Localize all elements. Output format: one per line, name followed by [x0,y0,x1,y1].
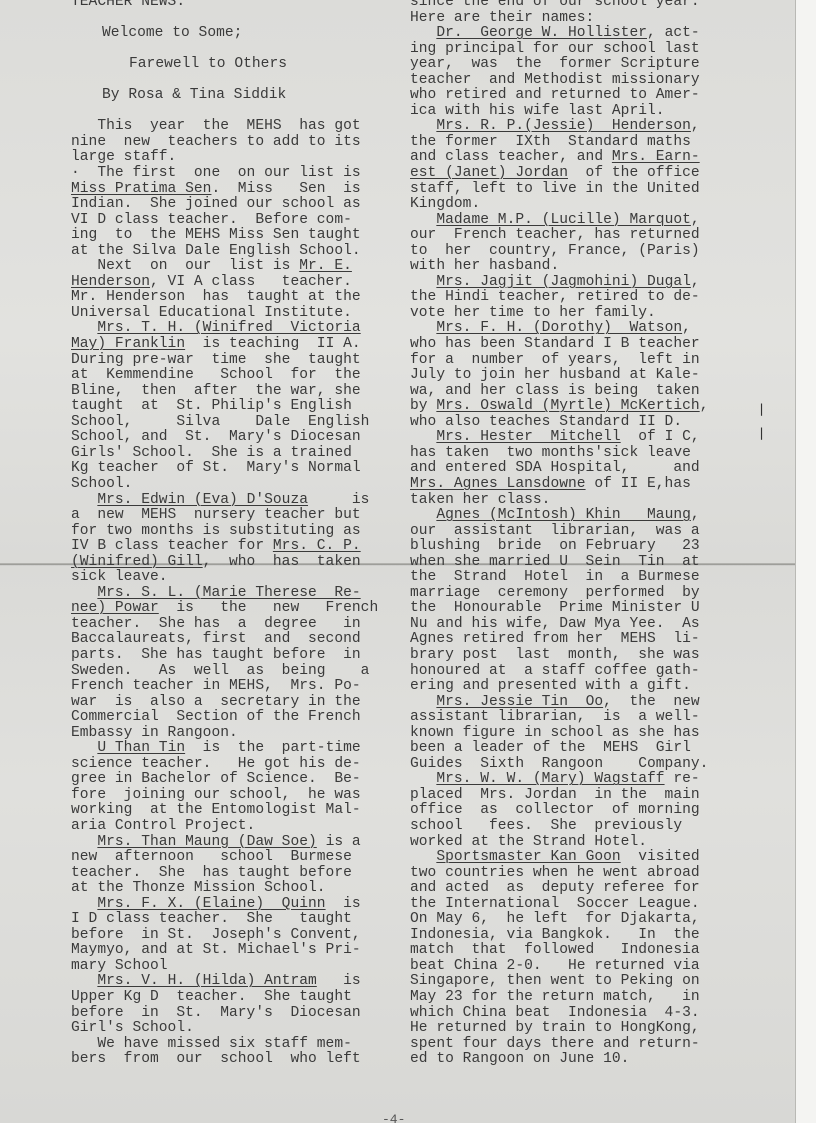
text-segment: and acted as deputy referee for [410,880,700,896]
text-line: IV B class teacher for Mrs. C. P. [71,539,393,555]
text-line: Nu and his wife, Daw Mya Yee. As [410,617,735,633]
byline: By Rosa & Tina Siddik [71,88,393,104]
text-segment: School. [71,476,132,492]
text-segment: marriage ceremony performed by [410,585,700,601]
person-name: Mrs. R. P.(Jessie) Henderson [436,118,691,134]
text-line: to her country, France, (Paris) [410,244,735,260]
text-segment: gree in Bachelor of Science. Be- [71,771,361,787]
text-segment: Embassy in Rangoon. [71,725,238,741]
text-segment: war is also a secretary in the [71,694,361,710]
text-line: the International Soccer League. [410,897,735,913]
text-segment: for two months is substituting as [71,523,361,539]
text-line: I D class teacher. She taught [71,912,393,928]
text-line: Next on our list is Mr. E. [71,259,393,275]
text-segment: at the Thonze Mission School. [71,880,326,896]
text-segment: · The first one on our list is [71,165,361,181]
text-segment: placed Mrs. Jordan in the main [410,787,700,803]
person-name: Mrs. Than Maung (Daw Soe) [97,834,316,850]
text-segment: is [317,973,361,989]
text-segment [410,507,436,523]
text-line: marriage ceremony performed by [410,586,735,602]
text-segment: , who has taken [203,554,361,570]
text-line: Henderson, VI A class teacher. [71,275,393,291]
person-name: May) Franklin [71,336,185,352]
person-name: Mrs. C. P. [273,538,361,554]
text-line: has taken two months'sick leave [410,446,735,462]
text-segment: when she married U Sein Tin at [410,554,700,570]
text-line: known figure in school as she has [410,726,735,742]
person-name: Mrs. Earn- [612,149,700,165]
text-line: at the Thonze Mission School. [71,881,393,897]
text-segment: with her hasband. [410,258,559,274]
page-number: -4- [382,1112,405,1123]
text-segment: re- [665,771,700,787]
text-segment: before in St. Joseph's Convent, [71,927,361,943]
text-line: our French teacher, has returned [410,228,735,244]
text-line: ing principal for our school last [410,42,735,58]
text-segment: During pre-war time she taught [71,352,361,368]
text-segment: Baccalaureats, first and second [71,631,361,647]
text-line: and class teacher, and Mrs. Earn- [410,150,735,166]
text-line: During pre-war time she taught [71,353,393,369]
text-line: working at the Entomologist Mal- [71,803,393,819]
text-segment: at the Silva Dale English School. [71,243,361,259]
text-segment: is the part-time [185,740,361,756]
text-line: Mrs. W. W. (Mary) Wagstaff re- [410,772,735,788]
text-segment [410,771,436,787]
text-line: This year the MEHS has got [71,119,393,135]
text-line: year, was the former Scripture [410,57,735,73]
text-line: Mrs. F. X. (Elaine) Quinn is [71,897,393,913]
person-name: Henderson [71,274,150,290]
text-segment [410,849,436,865]
text-line: School. [71,477,393,493]
text-line: for two months is substituting as [71,524,393,540]
text-segment: I D class teacher. She taught [71,911,352,927]
text-line: Commercial Section of the French [71,710,393,726]
text-line: staff, left to live in the United [410,182,735,198]
text-segment: Kingdom. [410,196,480,212]
text-line: Universal Educational Institute. [71,306,393,322]
text-line: Sweden. As well as being a [71,664,393,680]
text-segment: who retired and returned to Amer- [410,87,700,103]
text-segment: at Kemmendine School for the [71,367,361,383]
text-segment: teacher. She has taught before [71,865,352,881]
person-name: (Winifred) Gill [71,554,203,570]
text-line: been a leader of the MEHS Girl [410,741,735,757]
text-line: Agnes retired from her MEHS li- [410,632,735,648]
text-line: spent four days there and return- [410,1037,735,1053]
text-segment: match that followed Indonesia [410,942,700,958]
text-segment [71,973,97,989]
person-name: est (Janet) Jordan [410,165,568,181]
text-segment: Next on our list is [71,258,299,274]
text-segment: beat China 2-0. He returned via [410,958,700,974]
person-name: Mrs. Edwin (Eva) D'Souza [97,492,308,508]
section-heading: TEACHER NEWS: [71,0,393,11]
text-segment: the International Soccer League. [410,896,700,912]
text-line: brary post last month, she was [410,648,735,664]
text-line: Maymyo, and at St. Michael's Pri- [71,943,393,959]
text-line: nee) Powar is the new French [71,601,393,617]
text-segment: ing principal for our school last [410,41,700,57]
text-segment: before in St. Mary's Diocesan [71,1005,361,1021]
text-segment: since the end of our school year. [410,0,700,10]
text-line: teacher. She has a degree in [71,617,393,633]
text-line: Agnes (McIntosh) Khin Maung, [410,508,735,524]
text-line: with her hasband. [410,259,735,275]
text-line: war is also a secretary in the [71,695,393,711]
text-segment: working at the Entomologist Mal- [71,802,361,818]
text-line: at Kemmendine School for the [71,368,393,384]
left-column-body: This year the MEHS has gotnine new teach… [71,119,393,1067]
text-segment: new afternoon school Burmese [71,849,352,865]
text-segment: brary post last month, she was [410,647,700,663]
text-line: U Than Tin is the part-time [71,741,393,757]
text-line: Miss Pratima Sen. Miss Sen is [71,182,393,198]
text-segment: our French teacher, has returned [410,227,700,243]
text-segment: Girls' School. She is a trained [71,445,352,461]
margin-ink-mark: ❘ [757,400,766,419]
text-line: Embassy in Rangoon. [71,726,393,742]
text-segment: School, and St. Mary's Diocesan [71,429,361,445]
text-segment: ing to the MEHS Miss Sen taught [71,227,361,243]
text-line: wa, and her class is being taken [410,384,735,400]
text-line: new afternoon school Burmese [71,850,393,866]
text-segment: two countries when he went abroad [410,865,700,881]
text-line: beat China 2-0. He returned via [410,959,735,975]
text-line: aria Control Project. [71,819,393,835]
text-segment [71,740,97,756]
text-segment: worked at the Strand Hotel. [410,834,647,850]
text-line: ering and presented with a gift. [410,679,735,695]
text-line: On May 6, he left for Djakarta, [410,912,735,928]
text-line: School, Silva Dale English [71,415,393,431]
text-line: VI D class teacher. Before com- [71,213,393,229]
text-line: honoured at a staff coffee gath- [410,664,735,680]
text-segment: staff, left to live in the United [410,181,700,197]
text-line: who has been Standard I B teacher [410,337,735,353]
text-segment: sick leave. [71,569,168,585]
text-segment: teacher. She has a degree in [71,616,361,632]
right-column: since the end of our school year.Here ar… [410,0,735,1068]
right-column-body: since the end of our school year.Here ar… [410,0,735,1068]
text-line: for a number of years, left in [410,353,735,369]
text-line: Mrs. Jessie Tin Oo, the new [410,695,735,711]
text-line: teacher and Methodist missionary [410,73,735,89]
text-segment: vote her time to her family. [410,305,656,321]
text-segment: teacher and Methodist missionary [410,72,700,88]
text-segment: a new MEHS nursery teacher but [71,507,361,523]
text-line: mary School [71,959,393,975]
text-segment: which China beat Indonesia 4-3. [410,1005,700,1021]
text-line: Kingdom. [410,197,735,213]
text-segment: of the office [568,165,700,181]
text-segment: Commercial Section of the French [71,709,361,725]
text-segment: year, was the former Scripture [410,56,700,72]
text-line: sick leave. [71,570,393,586]
person-name: Mr. E. [299,258,352,274]
text-segment: large staff. [71,149,176,165]
text-segment: mary School [71,958,168,974]
text-line: French teacher in MEHS, Mrs. Po- [71,679,393,695]
text-segment: for a number of years, left in [410,352,700,368]
text-line: assistant librarian, is a well- [410,710,735,726]
person-name: U Than Tin [97,740,185,756]
text-line: Mrs. Jagjit (Jagmohini) Dugal, [410,275,735,291]
text-segment: Bline, then after the war, she [71,383,361,399]
text-segment: Indian. She joined our school as [71,196,361,212]
text-line: before in St. Mary's Diocesan [71,1006,393,1022]
text-line: Mrs. Than Maung (Daw Soe) is a [71,835,393,851]
text-line: Mrs. T. H. (Winifred Victoria [71,321,393,337]
text-line: parts. She has taught before in [71,648,393,664]
text-line: fore joining our school, he was [71,788,393,804]
person-name: Mrs. Hester Mitchell [436,429,620,445]
person-name: Mrs. F. X. (Elaine) Quinn [97,896,325,912]
text-line: before in St. Joseph's Convent, [71,928,393,944]
text-line: May) Franklin is teaching II A. [71,337,393,353]
text-line: Madame M.P. (Lucille) Marquot, [410,213,735,229]
text-segment: On May 6, he left for Djakarta, [410,911,700,927]
text-segment: July to join her husband at Kale- [410,367,700,383]
text-line: large staff. [71,150,393,166]
text-line: gree in Bachelor of Science. Be- [71,772,393,788]
text-segment: . Miss Sen is [211,181,360,197]
text-segment: and class teacher, and [410,149,612,165]
person-name: Mrs. Jagjit (Jagmohini) Dugal [436,274,691,290]
text-line: at the Silva Dale English School. [71,244,393,260]
text-line: ed to Rangoon on June 10. [410,1052,735,1068]
text-segment: This year the MEHS has got [71,118,361,134]
text-segment: fore joining our school, he was [71,787,361,803]
text-line: Mrs. Hester Mitchell of I C, [410,430,735,446]
text-segment: School, Silva Dale English [71,414,369,430]
text-segment: the former IXth Standard maths [410,134,691,150]
text-segment: , [700,398,709,414]
text-segment: the Strand Hotel in a Burmese [410,569,700,585]
text-line: Mrs. Edwin (Eva) D'Souza is [71,493,393,509]
text-segment: taken her class. [410,492,550,508]
text-line: the Strand Hotel in a Burmese [410,570,735,586]
person-name: Agnes (McIntosh) Khin Maung [436,507,691,523]
person-name: Mrs. F. H. (Dorothy) Watson [436,320,682,336]
text-line: worked at the Strand Hotel. [410,835,735,851]
text-segment [71,585,97,601]
text-line: May 23 for the return match, in [410,990,735,1006]
text-line: by Mrs. Oswald (Myrtle) McKertich, [410,399,735,415]
text-segment [71,320,97,336]
text-segment: French teacher in MEHS, Mrs. Po- [71,678,361,694]
text-segment: the Hindi teacher, retired to de- [410,289,700,305]
text-segment [71,492,97,508]
text-line: two countries when he went abroad [410,866,735,882]
text-line: est (Janet) Jordan of the office [410,166,735,182]
text-segment: Nu and his wife, Daw Mya Yee. As [410,616,700,632]
text-segment: is teaching II A. [185,336,361,352]
text-line: Mrs. V. H. (Hilda) Antram is [71,974,393,990]
text-line: Bline, then after the war, she [71,384,393,400]
person-name: Mrs. W. W. (Mary) Wagstaff [436,771,664,787]
text-line: office as collector of morning [410,803,735,819]
text-segment: We have missed six staff mem- [71,1036,352,1052]
text-segment: school fees. She previously [410,818,682,834]
margin-ink-mark: ❘ [757,424,766,443]
text-segment: Kg teacher of St. Mary's Normal [71,460,361,476]
text-segment: VI D class teacher. Before com- [71,212,352,228]
text-line: Upper Kg D teacher. She taught [71,990,393,1006]
text-line: teacher. She has taught before [71,866,393,882]
person-name: Mrs. V. H. (Hilda) Antram [97,973,316,989]
text-segment: parts. She has taught before in [71,647,361,663]
text-line: the Honourable Prime Minister U [410,601,735,617]
text-line: science teacher. He got his de- [71,757,393,773]
text-segment: Indonesia, via Bangkok. In the [410,927,700,943]
text-segment: known figure in school as she has [410,725,700,741]
text-line: Girl's School. [71,1021,393,1037]
text-line: bers from our school who left [71,1052,393,1068]
text-segment: ering and presented with a gift. [410,678,691,694]
text-line: vote her time to her family. [410,306,735,322]
text-line: match that followed Indonesia [410,943,735,959]
person-name: Mrs. Agnes Lansdowne [410,476,586,492]
text-line: Here are their names: [410,11,735,27]
text-line: Girls' School. She is a trained [71,446,393,462]
text-segment: Mr. Henderson has taught at the [71,289,361,305]
text-line: Indian. She joined our school as [71,197,393,213]
text-segment: to her country, France, (Paris) [410,243,700,259]
text-segment [410,25,436,41]
text-segment: , [691,274,700,290]
text-segment: taught at St. Philip's English [71,398,352,414]
text-line: who retired and returned to Amer- [410,88,735,104]
text-segment: by [410,398,436,414]
text-segment: Sweden. As well as being a [71,663,369,679]
text-segment: been a leader of the MEHS Girl [410,740,691,756]
text-segment: Agnes retired from her MEHS li- [410,631,700,647]
text-line: · The first one on our list is [71,166,393,182]
person-name: Madame M.P. (Lucille) Marquot [436,212,691,228]
text-segment: Maymyo, and at St. Michael's Pri- [71,942,361,958]
text-segment: of I C, [621,429,700,445]
text-segment: science teacher. He got his de- [71,756,361,772]
text-line: ing to the MEHS Miss Sen taught [71,228,393,244]
text-segment: is [308,492,369,508]
text-segment: May 23 for the return match, in [410,989,700,1005]
text-segment [410,118,436,134]
text-line: Kg teacher of St. Mary's Normal [71,461,393,477]
text-line: July to join her husband at Kale- [410,368,735,384]
person-name: Mrs. Jessie Tin Oo [436,694,603,710]
text-line: placed Mrs. Jordan in the main [410,788,735,804]
text-segment: wa, and her class is being taken [410,383,700,399]
text-line: School, and St. Mary's Diocesan [71,430,393,446]
text-segment: IV B class teacher for [71,538,273,554]
text-segment: of II E,has [586,476,691,492]
text-segment: ica with his wife last April. [410,103,665,119]
text-segment: our assistant librarian, was a [410,523,700,539]
text-segment: blushing bride on February 23 [410,538,700,554]
text-segment: , VI A class teacher. [150,274,352,290]
text-line: nine new teachers to add to its [71,135,393,151]
text-segment: aria Control Project. [71,818,255,834]
text-line: Sportsmaster Kan Goon visited [410,850,735,866]
text-line: Singapore, then went to Peking on [410,974,735,990]
text-segment: , [691,212,700,228]
title-line-1: Welcome to Some; [71,26,393,42]
text-line: Mr. Henderson has taught at the [71,290,393,306]
text-segment: nine new teachers to add to its [71,134,361,150]
text-line: which China beat Indonesia 4-3. [410,1006,735,1022]
text-segment: Universal Educational Institute. [71,305,352,321]
text-segment [410,429,436,445]
text-segment [71,896,97,912]
text-segment: He returned by train to HongKong, [410,1020,700,1036]
person-name: Mrs. T. H. (Winifred Victoria [97,320,360,336]
text-segment: bers from our school who left [71,1051,361,1067]
text-line: and entered SDA Hospital, and [410,461,735,477]
text-line: our assistant librarian, was a [410,524,735,540]
text-segment: Guides Sixth Rangoon Company. [410,756,708,772]
text-segment: , [682,320,691,336]
text-line: when she married U Sein Tin at [410,555,735,571]
text-segment: , [691,118,700,134]
text-line: the former IXth Standard maths [410,135,735,151]
text-line: Baccalaureats, first and second [71,632,393,648]
text-segment [410,212,436,228]
text-segment [410,274,436,290]
person-name: Dr. George W. Hollister [436,25,647,41]
person-name: Sportsmaster Kan Goon [436,849,620,865]
text-line: taught at St. Philip's English [71,399,393,415]
text-line: who also teaches Standard II D. [410,415,735,431]
text-line: Mrs. Agnes Lansdowne of II E,has [410,477,735,493]
text-segment: is the new French [159,600,378,616]
text-segment: the Honourable Prime Minister U [410,600,700,616]
title-line-2: Farewell to Others [71,57,393,73]
text-segment [410,694,436,710]
text-line: taken her class. [410,493,735,509]
text-line: blushing bride on February 23 [410,539,735,555]
text-segment: Upper Kg D teacher. She taught [71,989,352,1005]
text-segment: and entered SDA Hospital, and [410,460,700,476]
text-segment: spent four days there and return- [410,1036,700,1052]
text-segment: is [326,896,361,912]
text-segment: is a [317,834,361,850]
text-line: We have missed six staff mem- [71,1037,393,1053]
text-segment: ed to Rangoon on June 10. [410,1051,629,1067]
text-line: ica with his wife last April. [410,104,735,120]
text-line: Mrs. F. H. (Dorothy) Watson, [410,321,735,337]
left-column: TEACHER NEWS: Welcome to Some; Farewell … [71,0,393,1068]
text-segment: Singapore, then went to Peking on [410,973,700,989]
text-line: Mrs. R. P.(Jessie) Henderson, [410,119,735,135]
text-line: the Hindi teacher, retired to de- [410,290,735,306]
text-segment: who has been Standard I B teacher [410,336,700,352]
text-segment: honoured at a staff coffee gath- [410,663,700,679]
text-line: Dr. George W. Hollister, act- [410,26,735,42]
text-segment: Girl's School. [71,1020,194,1036]
text-segment: , [691,507,700,523]
text-segment: who also teaches Standard II D. [410,414,682,430]
text-segment: assistant librarian, is a well- [410,709,700,725]
text-line: and acted as deputy referee for [410,881,735,897]
person-name: Mrs. Oswald (Myrtle) McKertich [436,398,699,414]
text-line: (Winifred) Gill, who has taken [71,555,393,571]
text-segment: , the new [603,694,700,710]
person-name: Miss Pratima Sen [71,181,211,197]
person-name: Mrs. S. L. (Marie Therese Re- [97,585,360,601]
